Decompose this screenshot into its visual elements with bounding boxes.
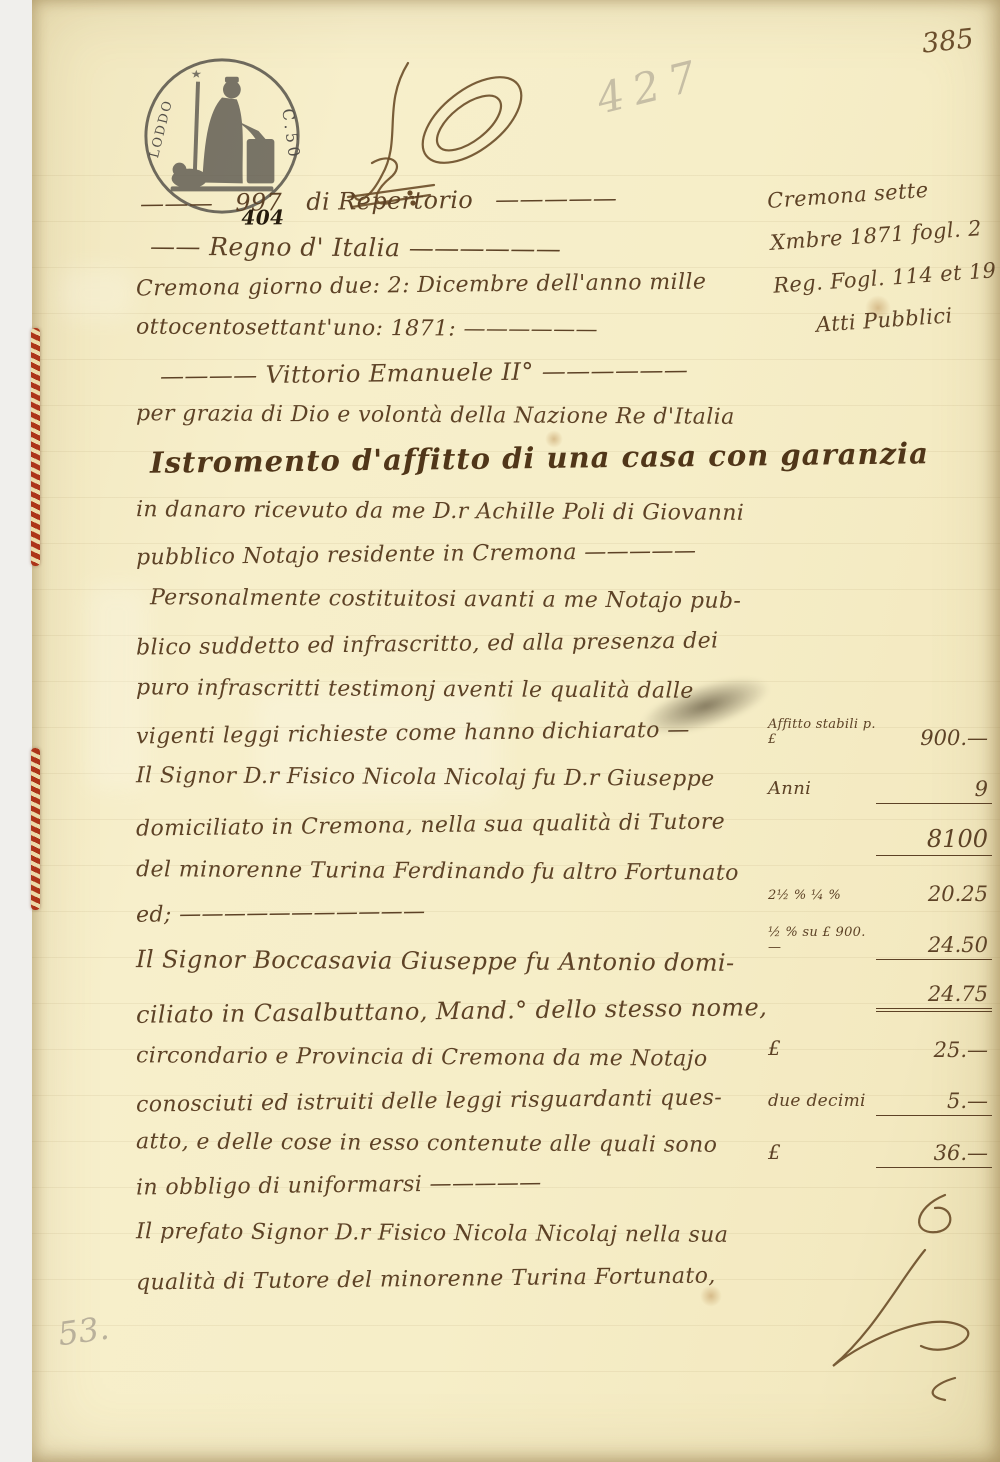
- manuscript-line: circondario e Provincia di Cremona da me…: [136, 1042, 708, 1073]
- manuscript-line: Il prefato Signor D.r Fisico Nicola Nico…: [136, 1218, 728, 1249]
- lira-sign: £: [768, 1141, 781, 1168]
- repertorio-label: di Repertorio: [306, 186, 473, 216]
- manuscript-line: puro infrascritti testimonj aventi le qu…: [136, 674, 694, 705]
- fee-value: 24.75: [876, 982, 992, 1012]
- repertorio-line: ——— 997 404 di Repertorio —————: [140, 183, 618, 219]
- fee-row: ½ % su £ 900.— 24.50: [768, 908, 992, 960]
- manuscript-line: ed; ———————————: [136, 898, 426, 929]
- fee-value: 24.50: [876, 933, 992, 960]
- manuscript-line: ottocentosettant'uno: 1871: ——————: [136, 314, 598, 344]
- manuscript-line: per grazia di Dio e volontà della Nazion…: [136, 400, 735, 431]
- fee-label: 2½ % ¼ %: [768, 889, 841, 908]
- lead-rule: ———: [140, 189, 214, 218]
- manuscript-line: Personalmente costituitosi avanti a me N…: [150, 584, 741, 615]
- fee-calculation: Affitto stabili p. £ 900.— Anni 9 8100 2…: [768, 700, 992, 1168]
- registration-note-line: Atti Pubblici: [775, 299, 1000, 341]
- regno-line: —— Regno d' Italia ——————: [150, 231, 561, 265]
- fee-row: 2½ % ¼ % 20.25: [768, 856, 992, 908]
- fee-label: Anni: [768, 779, 811, 804]
- registration-notes: Cremona sette Xmbre 1871 fogl. 2 Reg. Fo…: [766, 172, 1000, 356]
- lira-sign: £: [768, 1037, 781, 1064]
- trail-rule: —————: [495, 184, 617, 213]
- repertorio-denominator: 404: [241, 205, 284, 231]
- fee-label: ½ % su £ 900.—: [768, 926, 876, 960]
- manuscript-line: in danaro ricevuto da me D.r Achille Pol…: [136, 496, 744, 527]
- manuscript-line: in obbligo di uniformarsi —————: [136, 1170, 542, 1202]
- fee-row: 24.75: [768, 960, 992, 1012]
- fee-row: 8100: [768, 804, 992, 856]
- manuscript-line: Il Signor Boccasavia Giuseppe fu Antonio…: [136, 944, 735, 978]
- watermark-blob: [60, 268, 132, 320]
- manuscript-line: atto, e delle cose in esso contenute all…: [136, 1128, 717, 1159]
- fee-label: due decimi: [768, 1092, 866, 1116]
- fee-value: 9: [876, 777, 992, 804]
- fee-row: £ 36.—: [768, 1116, 992, 1168]
- pencil-note-bottom: 53.: [56, 1309, 112, 1354]
- binding-cord-icon: [31, 328, 40, 566]
- manuscript-line: Il Signor D.r Fisico Nicola Nicolaj fu D…: [136, 762, 715, 793]
- fee-label: Affitto stabili p. £: [768, 718, 876, 752]
- manuscript-line: del minorenne Turina Ferdinando fu altro…: [136, 856, 739, 887]
- stamp-figure-italia: [171, 70, 275, 192]
- fee-value: 5.—: [876, 1089, 992, 1116]
- repertorio-number: 997 404: [235, 187, 282, 218]
- scanned-notarial-document-page: LODDO C.50 385 427 53. ——— 997 404 di Re…: [0, 0, 1000, 1462]
- registration-note-line: Xmbre 1871 fogl. 2: [769, 215, 994, 257]
- fee-value: 900.—: [876, 726, 992, 752]
- stamp-denomination: C.50: [278, 107, 304, 162]
- fee-row: £ 25.—: [768, 1012, 992, 1064]
- registration-note-line: Reg. Fogl. 114 et 19: [772, 257, 997, 299]
- closing-flourish: [805, 1180, 995, 1420]
- page-number: 385: [921, 23, 976, 59]
- fee-row: due decimi 5.—: [768, 1064, 992, 1116]
- fee-value: 8100: [876, 825, 992, 856]
- fee-value: 20.25: [876, 882, 992, 908]
- binding-cord-icon: [31, 748, 40, 910]
- fee-value: 25.—: [876, 1038, 992, 1064]
- fee-value: 36.—: [876, 1141, 992, 1168]
- fee-row: Anni 9: [768, 752, 992, 804]
- fee-row: Affitto stabili p. £ 900.—: [768, 700, 992, 752]
